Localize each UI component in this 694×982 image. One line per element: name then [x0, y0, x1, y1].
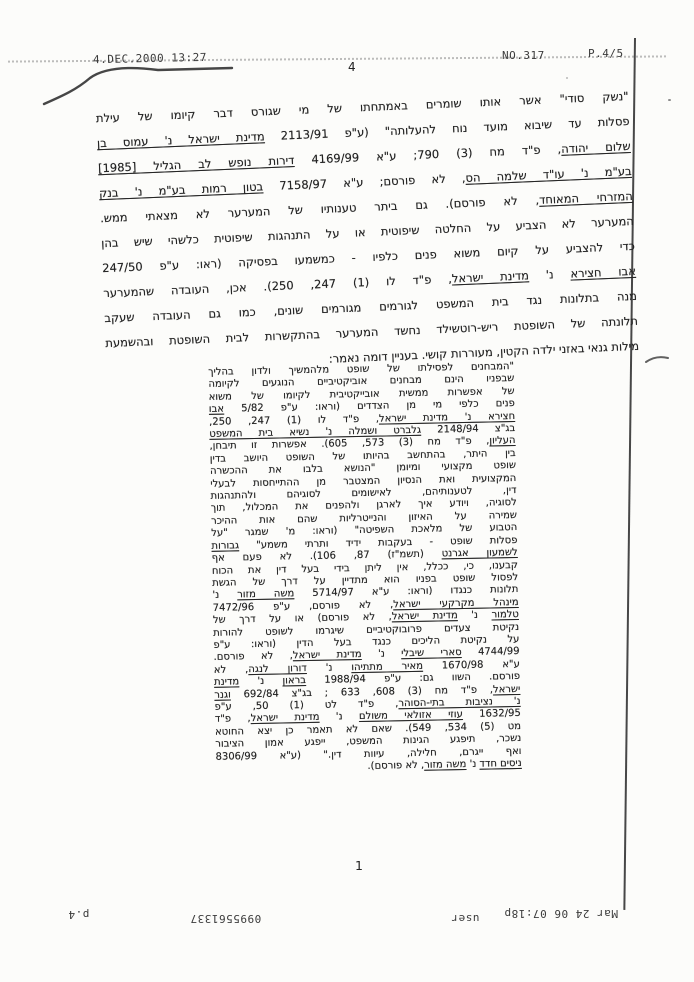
- scan-smudge-mark: [646, 357, 668, 362]
- fax-footer-page: p.4: [68, 908, 89, 921]
- text-segment: נ': [458, 610, 492, 622]
- fax-footer-datetime: Mar 24 06 07:18p: [504, 907, 618, 920]
- text-segment: נ': [307, 662, 352, 674]
- page-number-bottom: 1: [355, 858, 363, 873]
- text-segment: בג"צ 2148/94: [421, 423, 515, 436]
- case-citation: שלום יהודה: [561, 139, 631, 156]
- case-citation: אבו: [209, 404, 224, 415]
- case-citation: חצירא נ' מדינת ישראל: [379, 411, 515, 425]
- pen-stroke-mark: [44, 68, 232, 104]
- case-citation: סארי שיבלי: [401, 647, 462, 659]
- case-citation: מדינת ישראל: [392, 610, 458, 622]
- case-citation: ניסים חדד: [479, 758, 521, 770]
- case-citation: מדינת ישראל: [251, 712, 320, 724]
- text-segment: 1632/95: [463, 708, 521, 720]
- case-citation: וגנר: [214, 689, 231, 700]
- case-citation: מינהל מקרקעי ישראל: [393, 597, 519, 610]
- page-number-top: 4: [348, 60, 356, 74]
- text-segment: , פ"ד: [215, 713, 251, 725]
- scan-speck: [668, 99, 671, 101]
- text-segment: ע"א 1670/98: [423, 659, 520, 672]
- case-citation: משה מזור: [237, 589, 294, 601]
- scan-speck: [566, 77, 568, 79]
- case-citation: מדינת: [214, 676, 239, 687]
- text-segment: נ': [466, 759, 479, 770]
- case-citation: בע"מ נ' עו"ד שלמה הס: [465, 164, 632, 185]
- case-citation: מדינת ישראל: [452, 268, 530, 285]
- text-segment: נ': [212, 590, 237, 601]
- case-citation: משה מזור: [424, 759, 466, 771]
- fax-footer-user: user: [451, 912, 480, 925]
- case-citation: דירות נופש לב הגליל [1985]: [98, 153, 295, 175]
- text-segment: , לא פורסם; ע"א 7158/97: [263, 171, 466, 193]
- case-citation: אבו חצירא: [570, 264, 636, 281]
- case-citation: מאיר מתתיהו: [351, 661, 423, 673]
- case-citation: לשמעון אגרנט: [442, 547, 518, 559]
- text-segment: נ': [239, 676, 282, 688]
- text-segment: , לא: [214, 664, 249, 676]
- fax-header-page-indicator: P.4/5: [588, 47, 624, 60]
- fax-document-page: 4.DEC.2000 13:27 NO.317 P.4/5 4 "נשק סוד…: [0, 0, 694, 982]
- case-citation: מדינת ישראל: [293, 649, 362, 661]
- text-segment: , לא פורסם).: [367, 760, 424, 772]
- text-segment: 4744/99: [462, 646, 520, 658]
- case-citation: גבורות: [211, 540, 239, 552]
- case-citation: המזרחי המאוחד: [539, 189, 633, 207]
- case-citation: העליון: [489, 435, 515, 447]
- case-citation: עוזי אזולאי משולם: [359, 709, 463, 722]
- case-citation: בראון: [282, 675, 306, 686]
- case-citation: טלמור: [491, 609, 519, 621]
- text-segment: , לא פורסם.: [214, 651, 293, 664]
- case-citation: ישראל: [493, 684, 521, 696]
- text-segment: נ': [362, 649, 402, 661]
- case-citation: דורון לנגה: [248, 663, 307, 675]
- fax-header-number: NO.317: [502, 49, 545, 62]
- case-citation: נ' נציבות בתי-הסוהר: [398, 696, 520, 709]
- case-citation: מדינת ישראל נ' עמוס בן: [97, 129, 265, 150]
- body-paragraph: "נשק סודי" אשר אותו שומרים באמתחתו של מי…: [95, 84, 639, 381]
- fax-footer-number: 0995561337: [190, 912, 261, 925]
- quote-block: "המבחנים לפסילתו של שופט מלהמשיך ולדון ב…: [208, 361, 522, 776]
- text-segment: נ': [529, 267, 571, 283]
- fax-header-datetime: 4.DEC.2000 13:27: [93, 51, 207, 66]
- text-segment: נ': [319, 711, 359, 723]
- case-citation: בטון רמות בע"מ נ' בנק: [99, 179, 264, 200]
